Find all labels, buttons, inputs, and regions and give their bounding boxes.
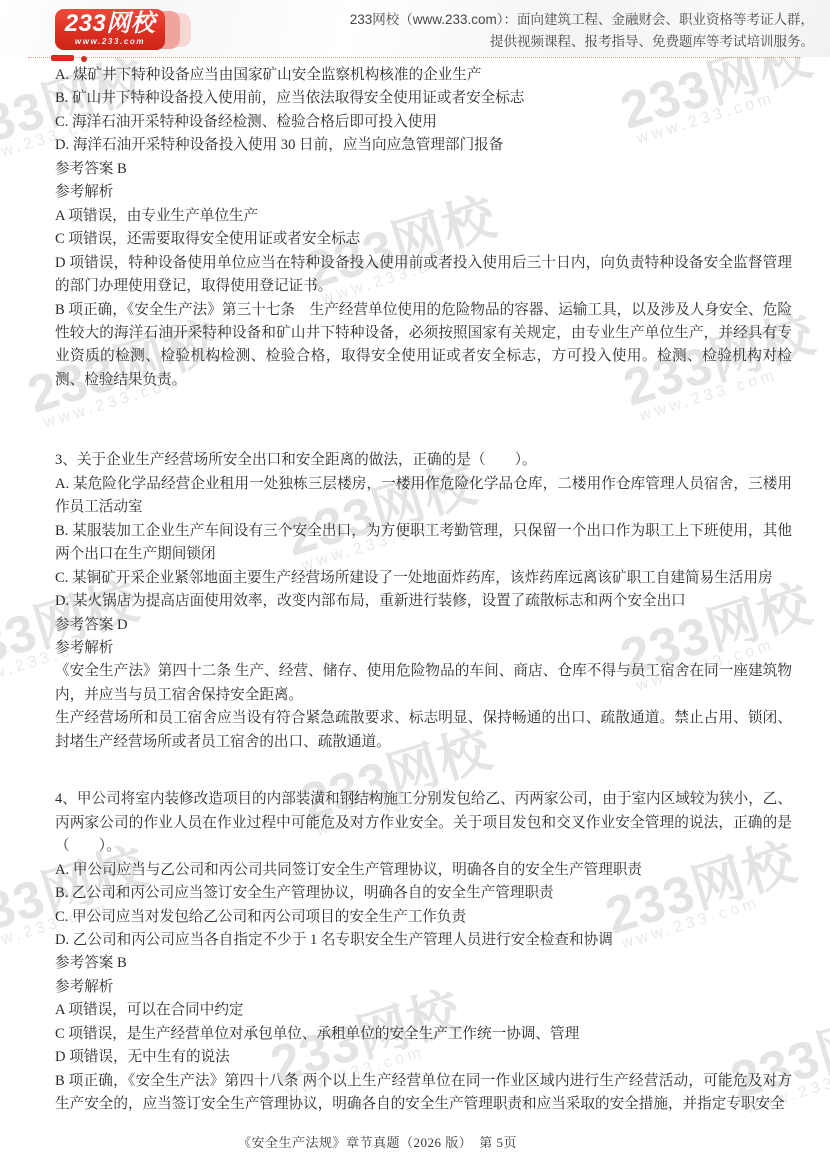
- paragraph: A. 某危险化学品经营企业租用一处独栋三层楼房，一楼用作危险化学品仓库，二楼用作…: [55, 473, 792, 520]
- paragraph: 3、关于企业生产经营场所安全出口和安全距离的做法，正确的是（ ）。: [55, 449, 792, 472]
- paragraph: 参考解析: [55, 976, 792, 999]
- header-divider: [28, 57, 802, 58]
- paragraph: D. 乙公司和丙公司应当各自指定不少于 1 名专职安全生产管理人员进行安全检查和…: [55, 929, 792, 952]
- paragraph: D 项错误，无中生有的说法: [55, 1046, 792, 1069]
- logo-site-text: www.233.com: [55, 37, 165, 46]
- page-header: 233网校 www.233.com 233网校（www.233.com）：面向建…: [0, 0, 830, 57]
- paragraph: B. 某服装加工企业生产车间设有三个安全出口，为方便职工考勤管理，只保留一个出口…: [55, 520, 792, 567]
- header-tagline: 233网校（www.233.com）：面向建筑工程、金融财会、职业资格等考证人群…: [350, 9, 814, 53]
- paragraph-gap: [55, 392, 792, 449]
- paragraph: A. 煤矿井下特种设备应当由国家矿山安全监察机构核准的企业生产: [55, 64, 792, 87]
- paragraph: A. 甲公司应当与乙公司和丙公司共同签订安全生产管理协议，明确各自的安全生产管理…: [55, 859, 792, 882]
- tagline-line-1: 233网校（www.233.com）：面向建筑工程、金融财会、职业资格等考证人群…: [350, 9, 814, 31]
- logo-dash-icon: [51, 55, 74, 61]
- logo-brand-text: 233网校: [55, 10, 165, 37]
- paragraph: C. 某铜矿开采企业紧邻地面主要生产经营场所建设了一处地面炸药库，该炸药库远离该…: [55, 567, 792, 590]
- paragraph: D. 某火锅店为提高店面使用效率，改变内部布局，重新进行装修，设置了疏散标志和两…: [55, 590, 792, 613]
- brand-logo: 233网校 www.233.com: [55, 9, 255, 61]
- paragraph: A 项错误，可以在合同中约定: [55, 999, 792, 1022]
- paragraph: C 项错误，是生产经营单位对承包单位、承租单位的安全生产工作统一协调、管理: [55, 1023, 792, 1046]
- paragraph: D 项错误，特种设备使用单位应当在特种设备投入使用前或者投入使用后三十日内，向负…: [55, 252, 792, 299]
- document-page: 233网校www.233.com233网校www.233.com233网校www…: [0, 0, 830, 1175]
- paragraph: C. 海洋石油开采特种设备经检测、检验合格后即可投入使用: [55, 111, 792, 134]
- logo-badge: 233网校 www.233.com: [55, 9, 165, 50]
- document-body: A. 煤矿井下特种设备应当由国家矿山安全监察机构核准的企业生产B. 矿山井下特种…: [55, 64, 792, 1117]
- paragraph: 参考解析: [55, 637, 792, 660]
- paragraph: C 项错误，还需要取得安全使用证或者安全标志: [55, 228, 792, 251]
- paragraph: D. 海洋石油开采特种设备投入使用 30 日前，应当向应急管理部门报备: [55, 134, 792, 157]
- paragraph: B 项正确，《安全生产法》第三十七条 生产经营单位使用的危险物品的容器、运输工具…: [55, 299, 792, 393]
- paragraph: A 项错误，由专业生产单位生产: [55, 205, 792, 228]
- paragraph: 《安全生产法》第四十二条 生产、经营、储存、使用危险物品的车间、商店、仓库不得与…: [55, 660, 792, 707]
- paragraph: B. 矿山井下特种设备投入使用前，应当依法取得安全使用证或者安全标志: [55, 87, 792, 110]
- paragraph: 参考答案 D: [55, 614, 792, 637]
- paragraph: 生产经营场所和员工宿舍应当设有符合紧急疏散要求、标志明显、保持畅通的出口、疏散通…: [55, 707, 792, 754]
- paragraph: 4、甲公司将室内装修改造项目的内部装潢和钢结构施工分别发包给乙、丙两家公司，由于…: [55, 788, 792, 858]
- paragraph: 参考答案 B: [55, 952, 792, 975]
- paragraph: 参考答案 B: [55, 158, 792, 181]
- paragraph: C. 甲公司应当对发包给乙公司和丙公司项目的安全生产工作负责: [55, 906, 792, 929]
- paragraph-gap: [55, 754, 792, 788]
- page-footer: 《安全生产法规》章节真题（2026 版） 第 5页: [238, 1132, 517, 1151]
- footer-text: 《安全生产法规》章节真题（2026 版） 第 5页: [238, 1135, 517, 1150]
- paragraph: 参考解析: [55, 181, 792, 204]
- paragraph: B 项正确，《安全生产法》第四十八条 两个以上生产经营单位在同一作业区域内进行生…: [55, 1070, 792, 1117]
- tagline-line-2: 提供视频课程、报考指导、免费题库等考试培训服务。: [350, 31, 814, 53]
- paragraph: B. 乙公司和丙公司应当签订安全生产管理协议，明确各自的安全生产管理职责: [55, 882, 792, 905]
